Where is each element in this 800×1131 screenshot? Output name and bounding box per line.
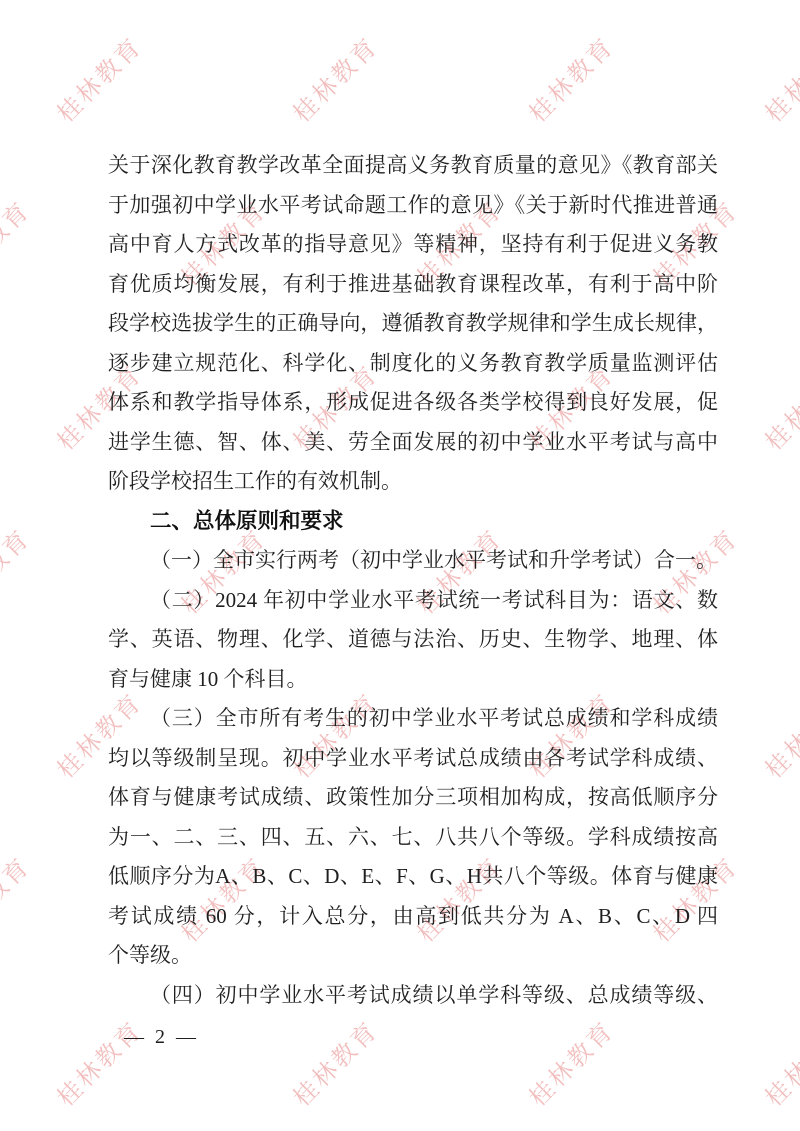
text-line: 阶段学校招生工作的有效机制。 bbox=[108, 462, 718, 502]
watermark-text: 桂林教育 bbox=[0, 519, 37, 620]
document-body: 关于深化教育教学改革全面提高义务教育质量的意见》《教育部关于加强初中学业水平考试… bbox=[108, 146, 718, 1015]
watermark-text: 桂林教育 bbox=[283, 1011, 384, 1112]
watermark-text: 桂林教育 bbox=[0, 191, 37, 292]
watermark-text: 桂林教育 bbox=[755, 1011, 800, 1112]
text-line: 考试成绩 60 分，计入总分，由高到低共分为 A、B、C、D 四 bbox=[108, 897, 718, 937]
text-line: 个等级。 bbox=[108, 936, 718, 976]
watermark-text: 桂林教育 bbox=[755, 355, 800, 456]
text-line: 育与健康 10 个科目。 bbox=[108, 660, 718, 700]
text-line: 进学生德、智、体、美、劳全面发展的初中学业水平考试与高中 bbox=[108, 423, 718, 463]
text-line: 体育与健康考试成绩、政策性加分三项相加构成，按高低顺序分 bbox=[108, 778, 718, 818]
text-line: 高中育人方式改革的指导意见》等精神，坚持有利于促进义务教 bbox=[108, 225, 718, 265]
text-line: 育优质均衡发展，有利于推进基础教育课程改革，有利于高中阶 bbox=[108, 265, 718, 305]
text-line: 低顺序分为A、B、C、D、E、F、G、H共八个等级。体育与健康 bbox=[108, 857, 718, 897]
text-line: 均以等级制呈现。初中学业水平考试总成绩由各考试学科成绩、 bbox=[108, 739, 718, 779]
text-line: 于加强初中学业水平考试命题工作的意见》《关于新时代推进普通 bbox=[108, 186, 718, 226]
text-line: 段学校选拔学生的正确导向，遵循教育教学规律和学生成长规律， bbox=[108, 304, 718, 344]
watermark-text: 桂林教育 bbox=[47, 27, 148, 128]
text-line: （四）初中学业水平考试成绩以单学科等级、总成绩等级、 bbox=[108, 976, 718, 1016]
text-line: 逐步建立规范化、科学化、制度化的义务教育教学质量监测评估 bbox=[108, 344, 718, 384]
text-line: （三）全市所有考生的初中学业水平考试总成绩和学科成绩 bbox=[108, 699, 718, 739]
watermark-text: 桂林教育 bbox=[519, 1011, 620, 1112]
watermark-text: 桂林教育 bbox=[755, 27, 800, 128]
text-line: 体系和教学指导体系，形成促进各级各类学校得到良好发展，促 bbox=[108, 383, 718, 423]
text-line: 为一、二、三、四、五、六、七、八共八个等级。学科成绩按高 bbox=[108, 818, 718, 858]
text-line: 关于深化教育教学改革全面提高义务教育质量的意见》《教育部关 bbox=[108, 146, 718, 186]
watermark-text: 桂林教育 bbox=[519, 27, 620, 128]
text-line: （二）2024 年初中学业水平考试统一考试科目为：语文、数 bbox=[108, 581, 718, 621]
page-number: — 2 — bbox=[124, 1026, 199, 1049]
document-page: 桂林教育桂林教育桂林教育桂林教育桂林教育桂林教育桂林教育桂林教育桂林教育桂林教育… bbox=[0, 0, 800, 1131]
watermark-text: 桂林教育 bbox=[283, 27, 384, 128]
section-heading: 二、总体原则和要求 bbox=[108, 502, 718, 542]
watermark-text: 桂林教育 bbox=[755, 683, 800, 784]
watermark-text: 桂林教育 bbox=[0, 847, 37, 948]
text-line: （一）全市实行两考（初中学业水平考试和升学考试）合一。 bbox=[108, 541, 718, 581]
text-line: 学、英语、物理、化学、道德与法治、历史、生物学、地理、体 bbox=[108, 620, 718, 660]
